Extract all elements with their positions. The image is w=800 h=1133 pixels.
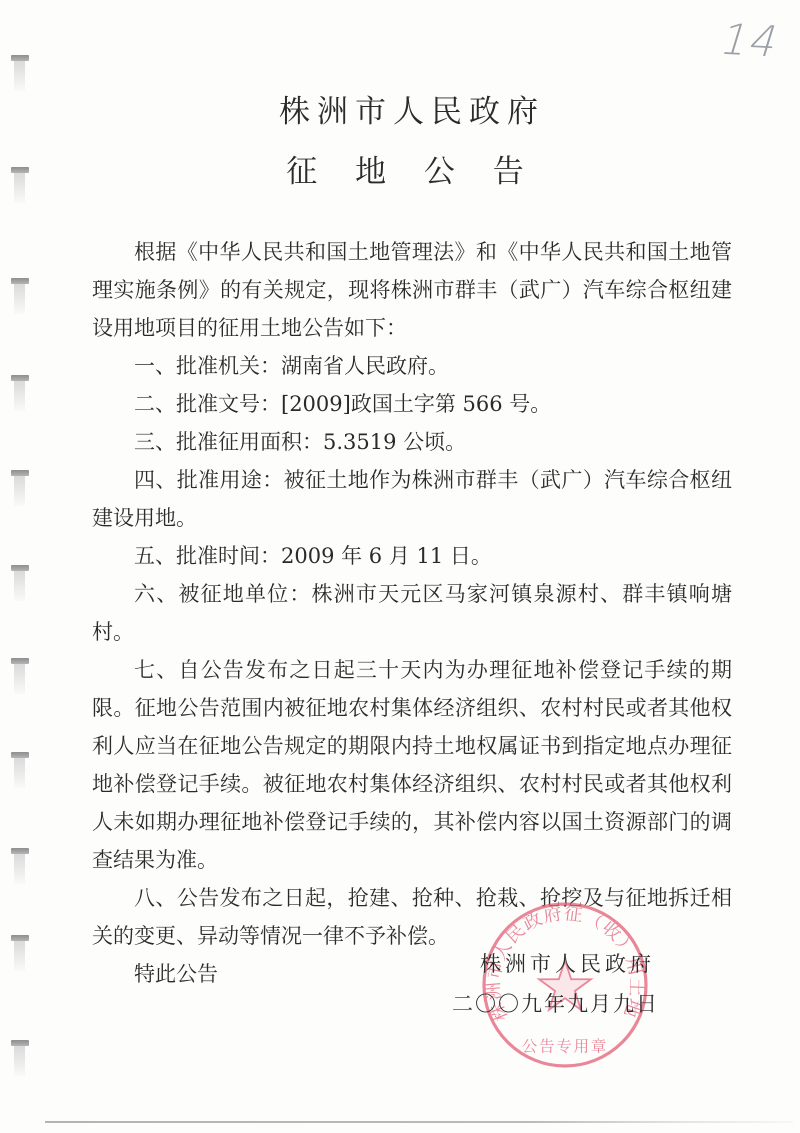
binding-hole-mark: [11, 848, 29, 884]
binding-hole-mark: [11, 55, 29, 91]
paragraph-item-4: 四、批准用途：被征土地作为株洲市群丰（武广）汽车综合枢纽建设用地。: [92, 461, 732, 537]
binding-hole-mark: [11, 935, 29, 971]
paragraph-item-1: 一、批准机关：湖南省人民政府。: [92, 347, 732, 385]
page-edge-shadow: [45, 1121, 793, 1123]
paragraph-item-5: 五、批准时间：2009 年 6 月 11 日。: [92, 537, 732, 575]
paragraph-item-3: 三、批准征用面积：5.3519 公顷。: [92, 423, 732, 461]
binding-hole-mark: [11, 375, 29, 411]
scanned-document-page: 14 株洲市人民政府 征 地 公 告 根据《中华人民共和国土地管理法》和《中华人…: [0, 0, 800, 1133]
binding-hole-mark: [11, 470, 29, 506]
paragraph-item-6: 六、被征地单位：株洲市天元区马家河镇泉源村、群丰镇响塘村。: [92, 575, 732, 651]
binding-hole-mark: [11, 167, 29, 203]
handwritten-page-number: 14: [715, 15, 786, 67]
paragraph-item-8: 八、公告发布之日起，抢建、抢种、抢栽、抢挖及与征地拆迁相关的变更、异动等情况一律…: [92, 879, 732, 955]
signature-issuer: 株洲市人民政府: [480, 948, 655, 978]
binding-hole-mark: [11, 1040, 29, 1076]
document-body: 株洲市人民政府 征 地 公 告 根据《中华人民共和国土地管理法》和《中华人民共和…: [92, 86, 732, 993]
announcement-text: 根据《中华人民共和国土地管理法》和《中华人民共和国土地管理实施条例》的有关规定，…: [92, 233, 732, 993]
paragraph-intro: 根据《中华人民共和国土地管理法》和《中华人民共和国土地管理实施条例》的有关规定，…: [92, 233, 732, 347]
document-title-issuer: 株洲市人民政府: [92, 86, 732, 131]
binding-hole-mark: [11, 565, 29, 601]
signature-date: 二〇〇九年九月九日: [452, 988, 659, 1018]
binding-hole-mark: [11, 658, 29, 694]
binding-hole-mark: [11, 752, 29, 788]
seal-bottom-text: 公告专用章: [522, 1036, 608, 1055]
document-title-subject: 征 地 公 告: [92, 146, 732, 191]
paragraph-item-7: 七、自公告发布之日起三十天内为办理征地补偿登记手续的期限。征地公告范围内被征地农…: [92, 651, 732, 879]
binding-hole-mark: [11, 278, 29, 314]
paragraph-item-2: 二、批准文号：[2009]政国土字第 566 号。: [92, 385, 732, 423]
